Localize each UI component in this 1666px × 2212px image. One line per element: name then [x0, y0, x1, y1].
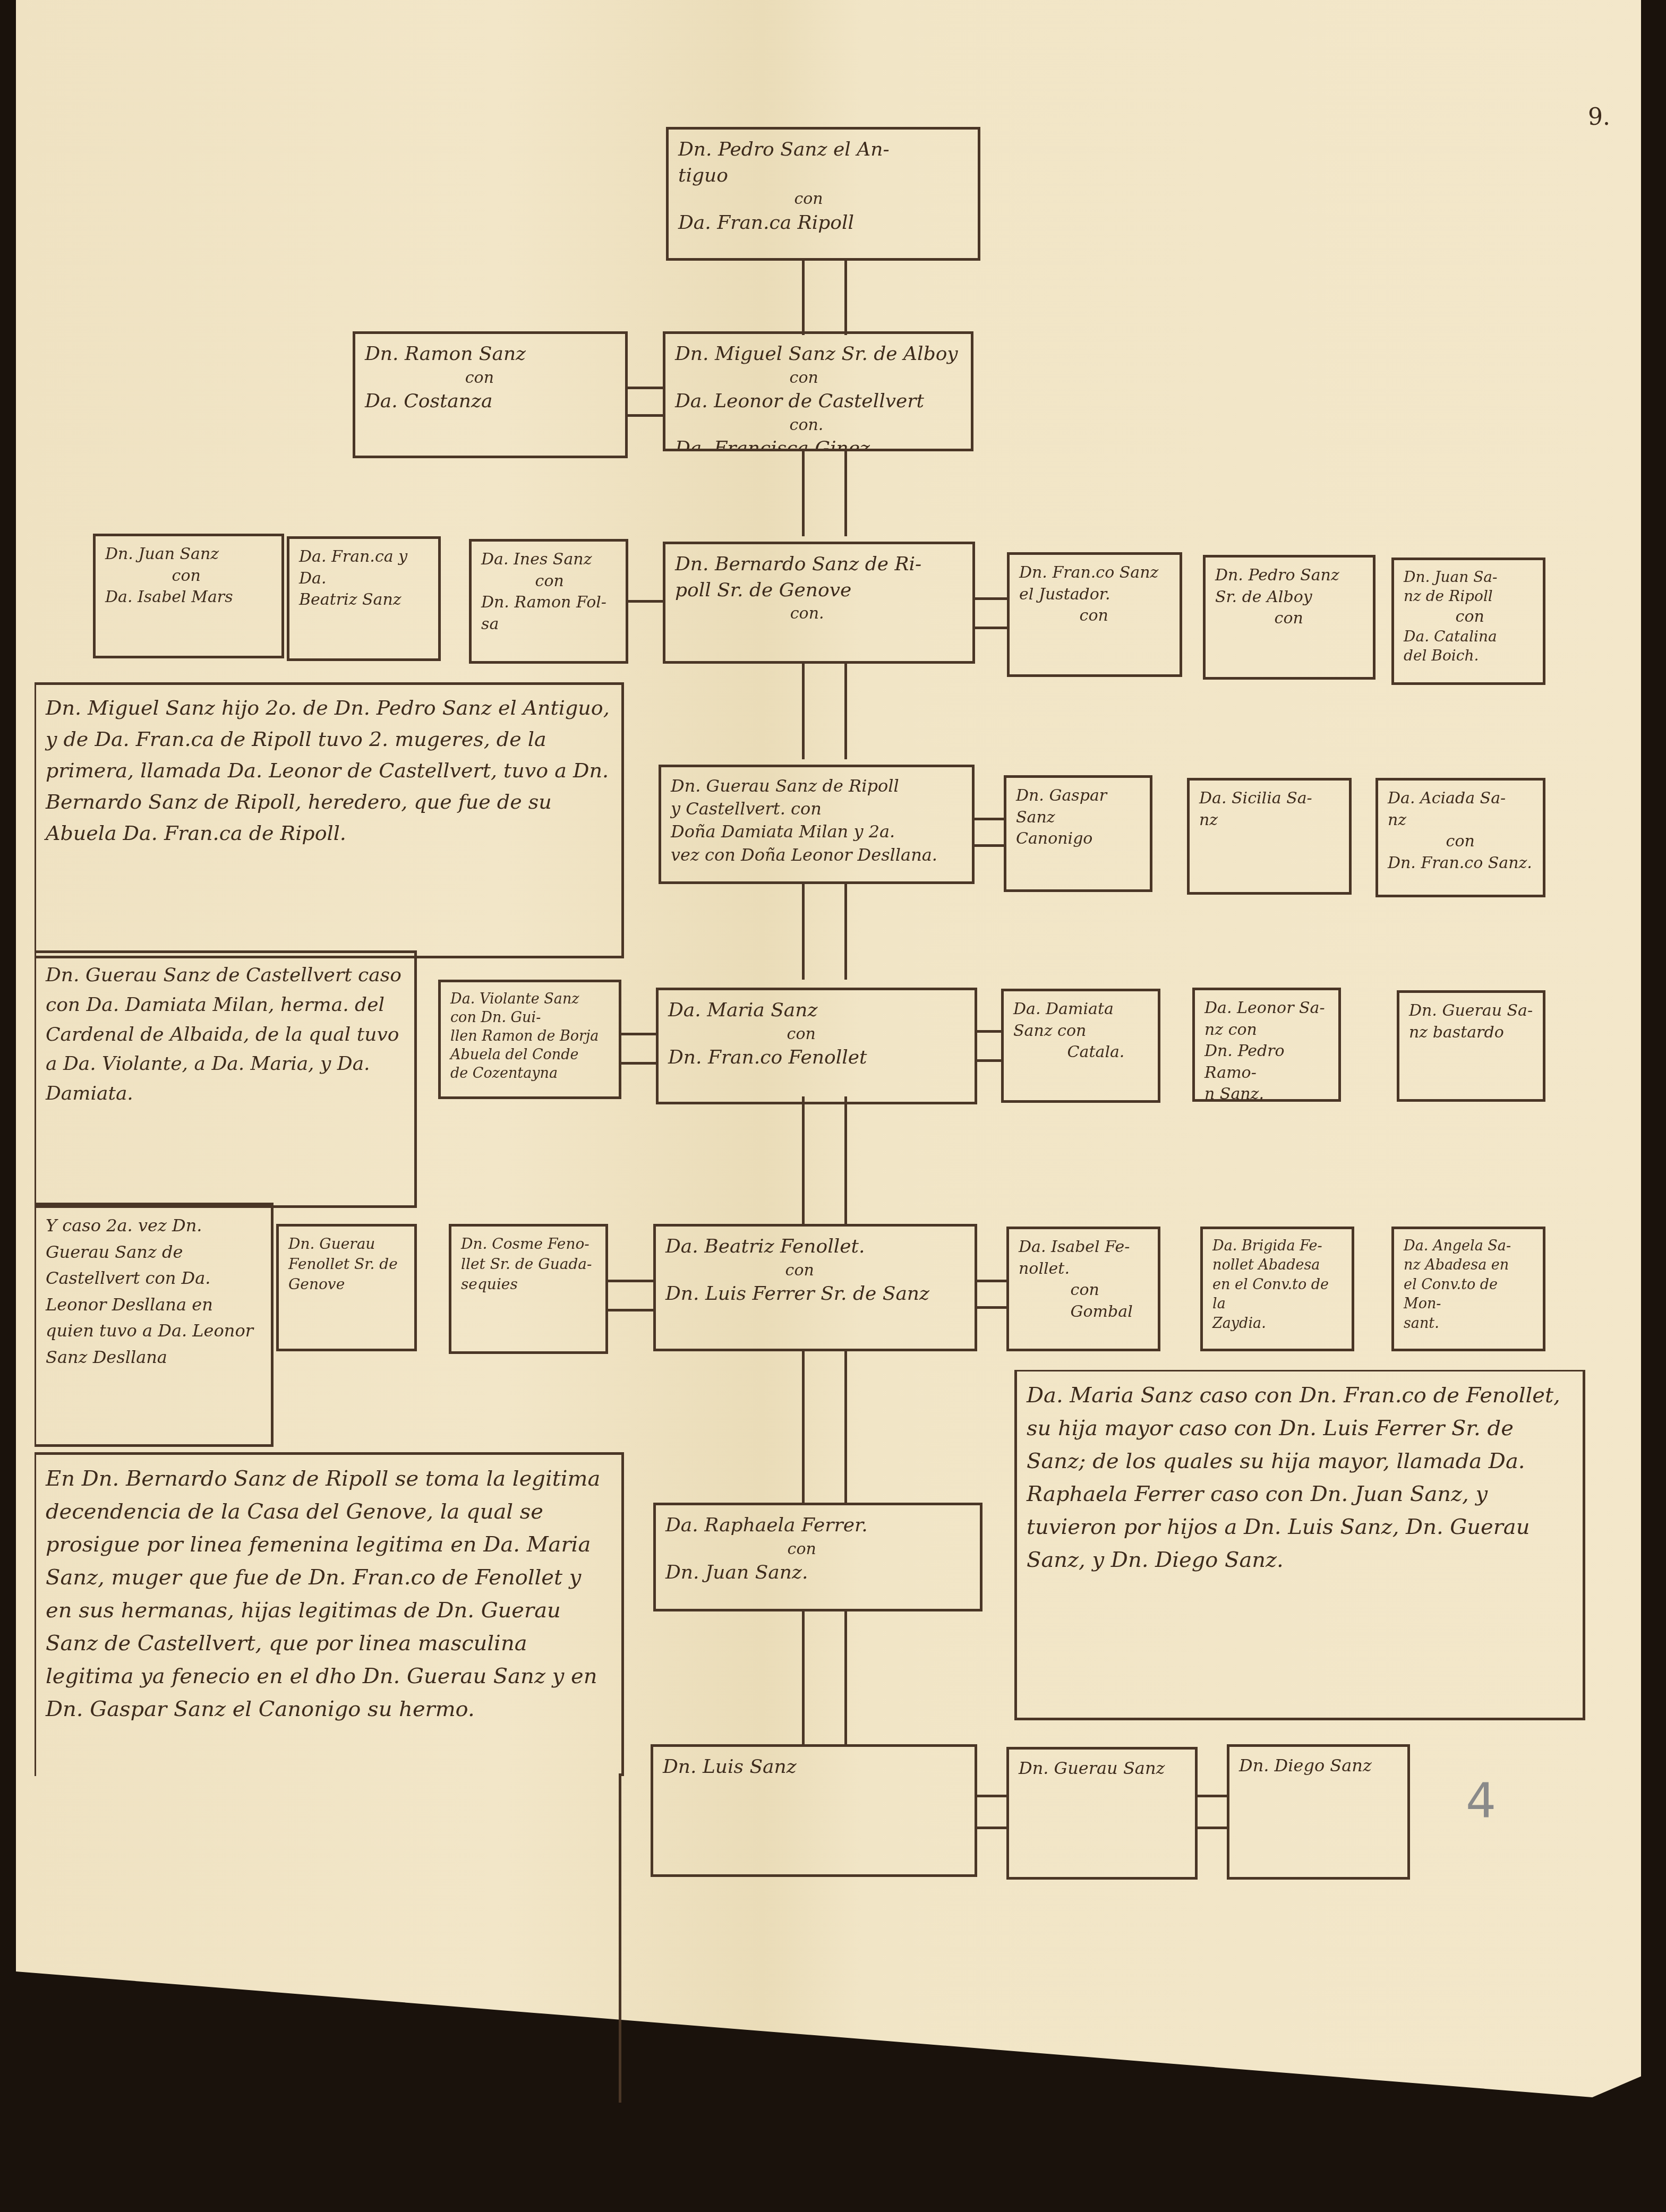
trunk-line [802, 1096, 805, 1224]
person-box-violante-sanz: Da. Violante Sanz con Dn. Gui- llen Ramo… [438, 980, 621, 1099]
sibling-link [621, 1062, 656, 1065]
trunk-line [844, 1351, 847, 1505]
trunk-line [802, 884, 805, 980]
sibling-link [975, 597, 1007, 600]
person-box-guerau-sanz-de-ripoll: Dn. Guerau Sanz de Ripoll y Castellvert.… [659, 765, 975, 884]
person-box-pedro-sanz-el-antiguo: Dn. Pedro Sanz el An- tiguo con Da. Fran… [666, 127, 980, 261]
person-box-leonor-sanz: Da. Leonor Sa- nz con Dn. Pedro Ramo- n … [1192, 988, 1341, 1102]
sibling-link [628, 414, 663, 417]
person-box-miguel-sanz: Dn. Miguel Sanz Sr. de Alboy con Da. Leo… [663, 331, 973, 451]
annotation-second-marriage: Y caso 2a. vez Dn. Guerau Sanz de Castel… [35, 1203, 274, 1447]
person-box-maria-sanz: Da. Maria Sanz con Dn. Fran.co Fenollet [656, 988, 977, 1104]
person-box-ramon-sanz: Dn. Ramon Sanz con Da. Costanza [353, 331, 628, 458]
trunk-line [802, 664, 805, 759]
annotation-bernardo-sanz-de-ripoll: En Dn. Bernardo Sanz de Ripoll se toma l… [35, 1452, 624, 1776]
margin-rule [619, 1773, 621, 2103]
sibling-link [621, 1033, 656, 1035]
trunk-line [844, 664, 847, 759]
sibling-link [975, 627, 1007, 629]
pencil-folio-mark: 4 [1466, 1773, 1496, 1829]
annotation-guerau-sanz: Dn. Guerau Sanz de Castellvert caso con … [35, 950, 417, 1208]
sibling-link [977, 1280, 1006, 1282]
person-box-diego-sanz: Dn. Diego Sanz [1227, 1744, 1410, 1880]
person-box-damiata-sanz: Da. Damiata Sanz con Catala. [1001, 989, 1160, 1103]
sibling-link [1198, 1795, 1227, 1797]
person-box-sicilia-sanz: Da. Sicilia Sa- nz [1187, 778, 1352, 895]
annotation-miguel-sanz: Dn. Miguel Sanz hijo 2o. de Dn. Pedro Sa… [35, 682, 624, 958]
person-box-ines-sanz: Da. Ines Sanz con Dn. Ramon Fol- sa [469, 539, 628, 664]
person-box-francisco-sanz-el-justador: Dn. Fran.co Sanz el Justador. con [1007, 552, 1182, 677]
sibling-link [977, 1306, 1006, 1309]
annotation-maria-sanz: Da. Maria Sanz caso con Dn. Fran.co de F… [1014, 1370, 1585, 1720]
person-box-gaspar-sanz-canonigo: Dn. Gaspar Sanz Canonigo [1004, 775, 1152, 892]
person-box-bernardo-sanz-de-ripoll: Dn. Bernardo Sanz de Ri- poll Sr. de Gen… [663, 542, 975, 664]
page-number: 9. [1588, 104, 1610, 131]
trunk-line [802, 261, 805, 335]
person-box-luis-sanz: Dn. Luis Sanz [651, 1744, 977, 1877]
trunk-line [802, 1351, 805, 1505]
trunk-line [844, 884, 847, 980]
sibling-link [628, 600, 663, 603]
sibling-link [977, 1059, 1001, 1062]
person-box-guerau-sanz: Dn. Guerau Sanz [1006, 1747, 1198, 1880]
trunk-line [802, 451, 805, 536]
person-box-brigida-fenollet: Da. Brigida Fe- nollet Abadesa en el Con… [1200, 1227, 1354, 1351]
sibling-link [608, 1309, 653, 1311]
person-box-beatriz-fenollet: Da. Beatriz Fenollet. con Dn. Luis Ferre… [653, 1224, 977, 1351]
sibling-link [975, 844, 1004, 847]
person-box-guerau-fenollet: Dn. Guerau Fenollet Sr. de Genove [276, 1224, 417, 1351]
person-box-francisca-beatriz-sanz: Da. Fran.ca y Da. Beatriz Sanz [287, 536, 441, 661]
trunk-line [844, 261, 847, 335]
sibling-link [977, 1030, 1001, 1033]
sibling-link [628, 387, 663, 389]
person-box-guerau-sanz-bastardo: Dn. Guerau Sa- nz bastardo [1397, 990, 1545, 1102]
sibling-link [975, 818, 1004, 820]
person-box-angela-sanz: Da. Angela Sa- nz Abadesa en el Conv.to … [1391, 1227, 1545, 1351]
sibling-link [608, 1280, 653, 1282]
person-box-raphaela-ferrer: Da. Raphaela Ferrer. con Dn. Juan Sanz. [653, 1503, 982, 1611]
person-box-pedro-sanz-alboy: Dn. Pedro Sanz Sr. de Alboy con [1203, 555, 1375, 680]
trunk-line [844, 1096, 847, 1224]
person-box-juan-sanz-de-ripoll: Dn. Juan Sa- nz de Ripoll con Da. Catali… [1391, 558, 1545, 685]
sibling-link [1198, 1827, 1227, 1829]
person-box-aciada-sanz: Da. Aciada Sa- nz con Dn. Fran.co Sanz. [1375, 778, 1545, 897]
trunk-line [802, 1609, 805, 1747]
person-box-juan-sanz: Dn. Juan Sanz con Da. Isabel Mars [93, 534, 284, 658]
trunk-line [844, 1609, 847, 1747]
sibling-link [977, 1827, 1006, 1829]
person-box-isabel-fenollet: Da. Isabel Fe- nollet. con Gombal [1006, 1227, 1160, 1351]
sibling-link [977, 1795, 1006, 1797]
trunk-line [844, 451, 847, 536]
person-box-cosme-fenollet: Dn. Cosme Feno- llet Sr. de Guada- sequi… [449, 1224, 608, 1354]
